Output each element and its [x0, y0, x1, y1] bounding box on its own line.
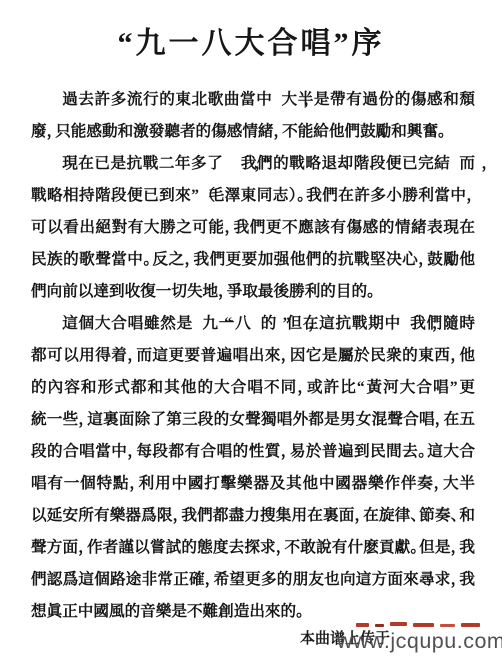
- text-line: 這個大合唱雖然是“九一八”的，但在這抗戰期中，我們隨時: [31, 308, 475, 340]
- text-line: 們認爲這個路途非常正確，希望更多的朋友也向這方面來尋求，我: [31, 564, 475, 596]
- text-line: 唱有一個特點，利用中國打擊樂器及其他中國器樂作伴奏，大半: [31, 468, 475, 500]
- text-line: 統一些，這裏面除了第三段的女聲獨唱外都是男女混聲合唱，在五: [31, 404, 475, 436]
- text-line: 們向前以達到收復一切失地，爭取最後勝利的目的。: [31, 276, 475, 308]
- text-line: 可以看出絕對有大勝之可能，我們更不應該有傷感的情緒表現在: [31, 212, 475, 244]
- preface-body: 過去許多流行的東北歌曲當中，大半是帶有過份的傷感和頹 廢，只能感動和激發聽者的傷…: [31, 84, 475, 628]
- text-line: 戰略相持階段便已到來”（毛澤東同志）。我們在許多小勝利當中，: [31, 180, 475, 212]
- site-url-watermark: www.jcqupu.com: [337, 629, 502, 654]
- text-line: 廢，只能感動和激發聽者的傷感情緒，不能給他們鼓勵和興奮。: [31, 116, 475, 148]
- red-watermark-marks: [356, 621, 502, 629]
- scanned-document-page: “九一八大合唱”序 過去許多流行的東北歌曲當中，大半是帶有過份的傷感和頹 廢，只…: [0, 0, 502, 656]
- text-line: 民族的歌聲當中。反之，我們更要加强他們的抗戰堅决心，鼓勵他: [31, 244, 475, 276]
- page-title: “九一八大合唱”序: [0, 18, 502, 62]
- text-line: 過去許多流行的東北歌曲當中，大半是帶有過份的傷感和頹: [31, 84, 475, 116]
- text-line: 以延安所有樂器爲限，我們都盡力搜集用在裏面，在旋律、節奏、和: [31, 500, 475, 532]
- text-line: 的內容和形式都和其他的大合唱不同，或許比“黃河大合唱”更: [31, 372, 475, 404]
- watermark-footer: 本曲谱上传于 www.jcqupu.com: [0, 618, 502, 656]
- text-line: 聲方面，作者謹以嘗試的態度去探求，不敢說有什麽貢獻。但是，我: [31, 532, 475, 564]
- text-line: 都可以用得着，而這更要普遍唱出來，因它是屬於民衆的東西，他: [31, 340, 475, 372]
- text-line: 現在已是抗戰二年多了，“我們的戰略退却階段便已完結，而: [31, 148, 475, 180]
- text-line: 段的合唱當中，每段都有合唱的性質，易於普遍到民間去。這大合: [31, 436, 475, 468]
